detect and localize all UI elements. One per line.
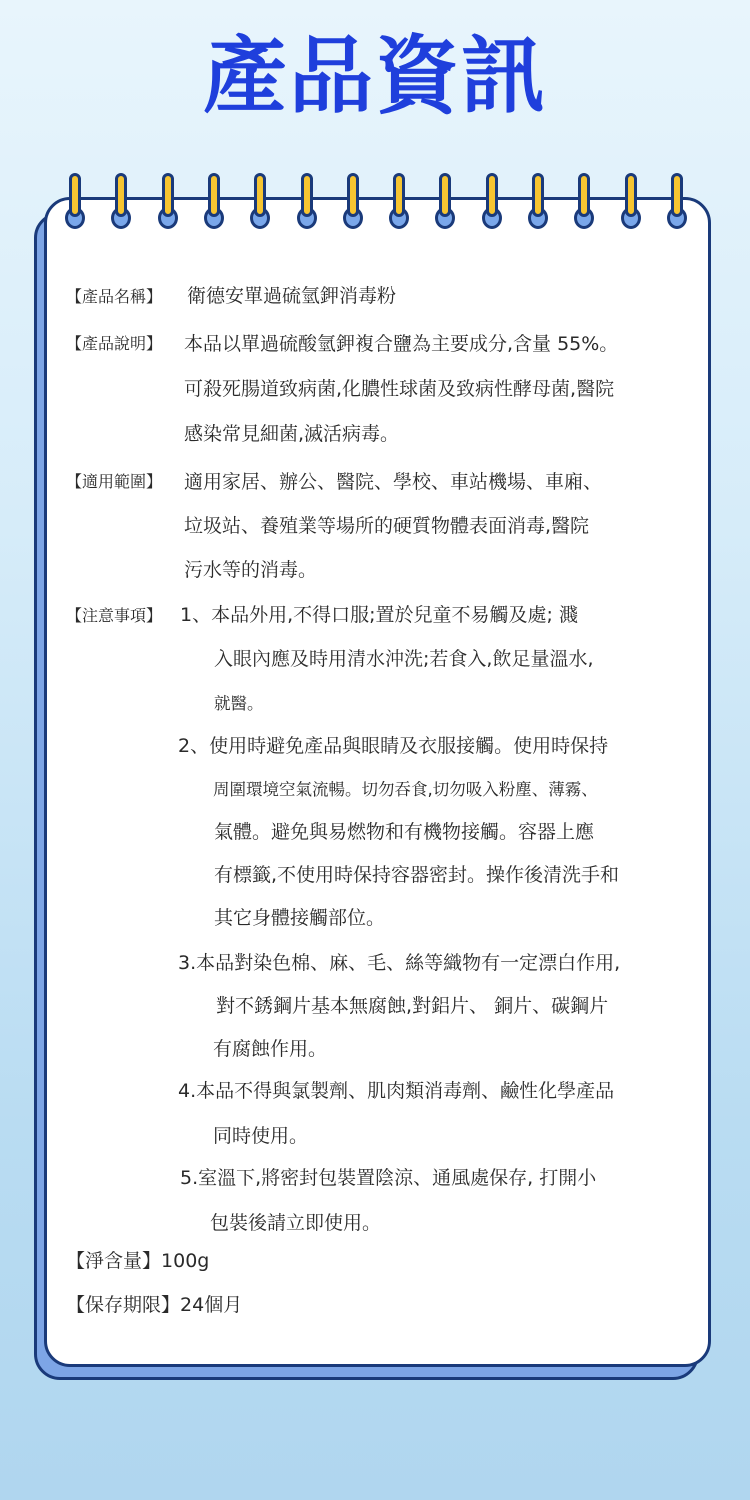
net-content: 【淨含量】100g bbox=[66, 1249, 209, 1273]
label-scope: 【適用範圍】 bbox=[66, 470, 162, 494]
note-2-line: 其它身體接觸部位。 bbox=[214, 906, 385, 930]
note-2-line: 氣體。避免與易燃物和有機物接觸。容器上應 bbox=[214, 820, 594, 844]
note-2-line: 周圍環境空氣流暢。切勿吞食,切勿吸入粉塵、薄霧、 bbox=[213, 778, 598, 802]
note-4-line: 4.本品不得與氯製劑、肌肉類消毒劑、鹼性化學產品 bbox=[178, 1079, 614, 1103]
note-2-line: 有標籤,不使用時保持容器密封。操作後清洗手和 bbox=[214, 863, 619, 887]
note-3-line: 3.本品對染色棉、麻、毛、絲等織物有一定漂白作用, bbox=[178, 951, 620, 975]
note-1-line: 就醫。 bbox=[214, 692, 264, 716]
label-net-content: 【淨含量】 bbox=[66, 1250, 161, 1272]
note-5-line: 5.室溫下,將密封包裝置陰涼、通風處保存, 打開小 bbox=[180, 1166, 596, 1190]
note-2-line: 2、使用時避免產品與眼睛及衣服接觸。使用時保持 bbox=[178, 734, 608, 758]
label-shelf-life: 【保存期限】 bbox=[66, 1294, 180, 1316]
note-4-line: 同時使用。 bbox=[213, 1124, 308, 1148]
note-1-line: 1、本品外用,不得口服;置於兒童不易觸及處; 濺 bbox=[180, 603, 578, 627]
page-title: 產品資訊 bbox=[0, 28, 750, 124]
shelf-life-value: 24個月 bbox=[180, 1294, 242, 1316]
label-product-name: 【產品名稱】 bbox=[66, 285, 162, 309]
note-3-line: 有腐蝕作用。 bbox=[213, 1037, 327, 1061]
scope-line: 垃圾站、養殖業等場所的硬質物體表面消毒,醫院 bbox=[184, 514, 589, 538]
description-line: 本品以單過硫酸氫鉀複合鹽為主要成分,含量 55%。 bbox=[184, 332, 618, 356]
note-1-line: 入眼內應及時用清水沖洗;若食入,飲足量溫水, bbox=[214, 647, 593, 671]
label-notes: 【注意事項】 bbox=[66, 604, 162, 628]
scope-line: 污水等的消毒。 bbox=[184, 558, 317, 582]
net-content-value: 100g bbox=[161, 1250, 209, 1272]
product-name-value: 衛德安單過硫氫鉀消毒粉 bbox=[187, 284, 396, 308]
note-5-line: 包裝後請立即使用。 bbox=[210, 1211, 381, 1235]
shelf-life: 【保存期限】24個月 bbox=[66, 1293, 242, 1317]
scope-line: 適用家居、辦公、醫院、學校、車站機場、車廂、 bbox=[184, 470, 602, 494]
description-line: 可殺死腸道致病菌,化膿性球菌及致病性酵母菌,醫院 bbox=[184, 377, 614, 401]
label-product-description: 【產品說明】 bbox=[66, 332, 162, 356]
description-line: 感染常見細菌,滅活病毒。 bbox=[184, 422, 399, 446]
note-3-line: 對不銹鋼片基本無腐蝕,對鋁片、 銅片、碳鋼片 bbox=[216, 994, 608, 1018]
